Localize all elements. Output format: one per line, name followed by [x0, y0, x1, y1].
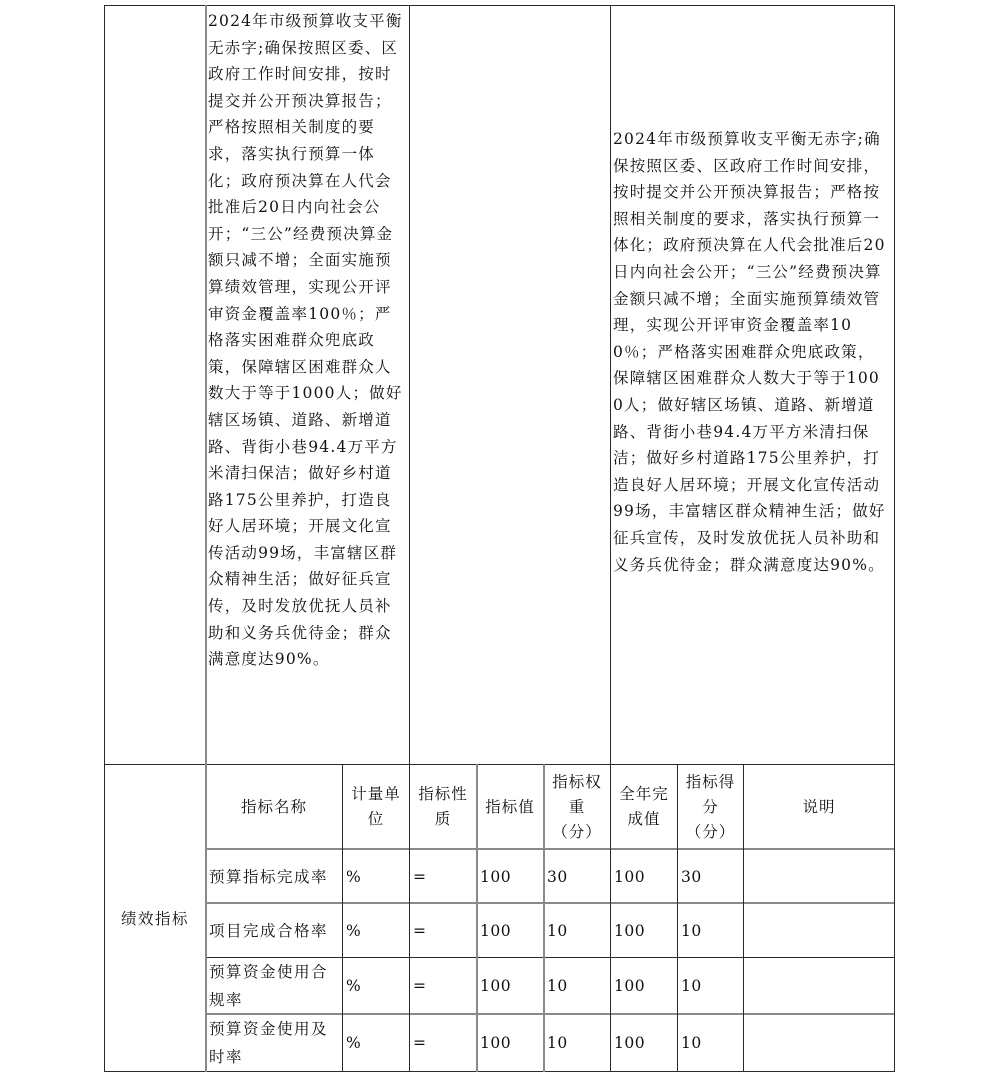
- row1-name: 预算指标完成率: [206, 851, 342, 903]
- row3-nature: =: [410, 958, 476, 1014]
- border-section-divider: [104, 764, 895, 765]
- row2-score: 10: [678, 904, 743, 957]
- header-weight: 指标权 重 （分）: [544, 765, 610, 849]
- performance-indicators-label: 绩效指标: [105, 765, 205, 1071]
- row4-value: 100: [477, 1015, 543, 1071]
- border-tbl-col1: [342, 764, 343, 1072]
- border-row2-bottom: [205, 957, 895, 958]
- row4-note: [744, 1015, 894, 1071]
- border-left: [104, 5, 105, 1072]
- border-tbl-col7: [743, 764, 744, 1072]
- border-tbl-col4: [543, 764, 545, 1072]
- row2-actual: 100: [611, 904, 677, 957]
- row2-name: 项目完成合格率: [206, 904, 342, 957]
- row1-score: 30: [678, 851, 743, 903]
- row1-weight: 30: [544, 851, 610, 903]
- row1-actual: 100: [611, 851, 677, 903]
- border-tbl-col2: [409, 764, 410, 1072]
- header-target-value: 指标值: [477, 765, 543, 849]
- row4-score: 10: [678, 1015, 743, 1071]
- row2-note: [744, 904, 894, 957]
- header-actual-value: 全年完 成值: [611, 765, 677, 849]
- border-upper-col2: [409, 5, 410, 765]
- border-header-bottom: [205, 848, 895, 850]
- upper-middle-blank-cell: [410, 6, 610, 764]
- row3-value: 100: [477, 958, 543, 1014]
- row3-score: 10: [678, 958, 743, 1014]
- annual-target-text: 2024年市级预算收支平衡无赤字;确保按照区委、区政府工作时间安排，按时提交并公…: [208, 8, 404, 764]
- border-row3-bottom: [205, 1013, 895, 1015]
- upper-left-blank-cell: [105, 6, 205, 764]
- row3-note: [744, 958, 894, 1014]
- border-tbl-col3: [476, 764, 478, 1072]
- border-bottom: [104, 1071, 895, 1072]
- row3-weight: 10: [544, 958, 610, 1014]
- row2-unit: %: [343, 904, 409, 957]
- performance-table: 2024年市级预算收支平衡无赤字;确保按照区委、区政府工作时间安排，按时提交并公…: [0, 0, 1000, 1076]
- row2-weight: 10: [544, 904, 610, 957]
- row3-unit: %: [343, 958, 409, 1014]
- border-upper-col3: [610, 5, 611, 765]
- header-score: 指标得 分 （分）: [678, 765, 743, 849]
- row1-value: 100: [477, 851, 543, 903]
- row3-actual: 100: [611, 958, 677, 1014]
- row3-name: 预算资金使用合规率: [206, 958, 342, 1014]
- border-tbl-col5: [610, 764, 611, 1072]
- row4-weight: 10: [544, 1015, 610, 1071]
- border-row1-bottom: [205, 902, 895, 904]
- row4-nature: =: [410, 1015, 476, 1071]
- border-right: [894, 5, 895, 1072]
- header-note: 说明: [744, 765, 894, 849]
- row1-note: [744, 851, 894, 903]
- row2-nature: =: [410, 904, 476, 957]
- header-nature: 指标性 质: [410, 765, 476, 849]
- row4-unit: %: [343, 1015, 409, 1071]
- border-tbl-col6: [677, 764, 678, 1072]
- header-indicator-name: 指标名称: [206, 765, 342, 849]
- header-unit: 计量单 位: [343, 765, 409, 849]
- row2-value: 100: [477, 904, 543, 957]
- actual-completion-text: 2024年市级预算收支平衡无赤字;确保按照区委、区政府工作时间安排，按时提交并公…: [613, 126, 891, 646]
- row1-nature: =: [410, 851, 476, 903]
- row4-name: 预算资金使用及时率: [206, 1015, 342, 1071]
- row1-unit: %: [343, 851, 409, 903]
- border-col-label: [205, 5, 207, 1072]
- border-top: [104, 5, 895, 6]
- row4-actual: 100: [611, 1015, 677, 1071]
